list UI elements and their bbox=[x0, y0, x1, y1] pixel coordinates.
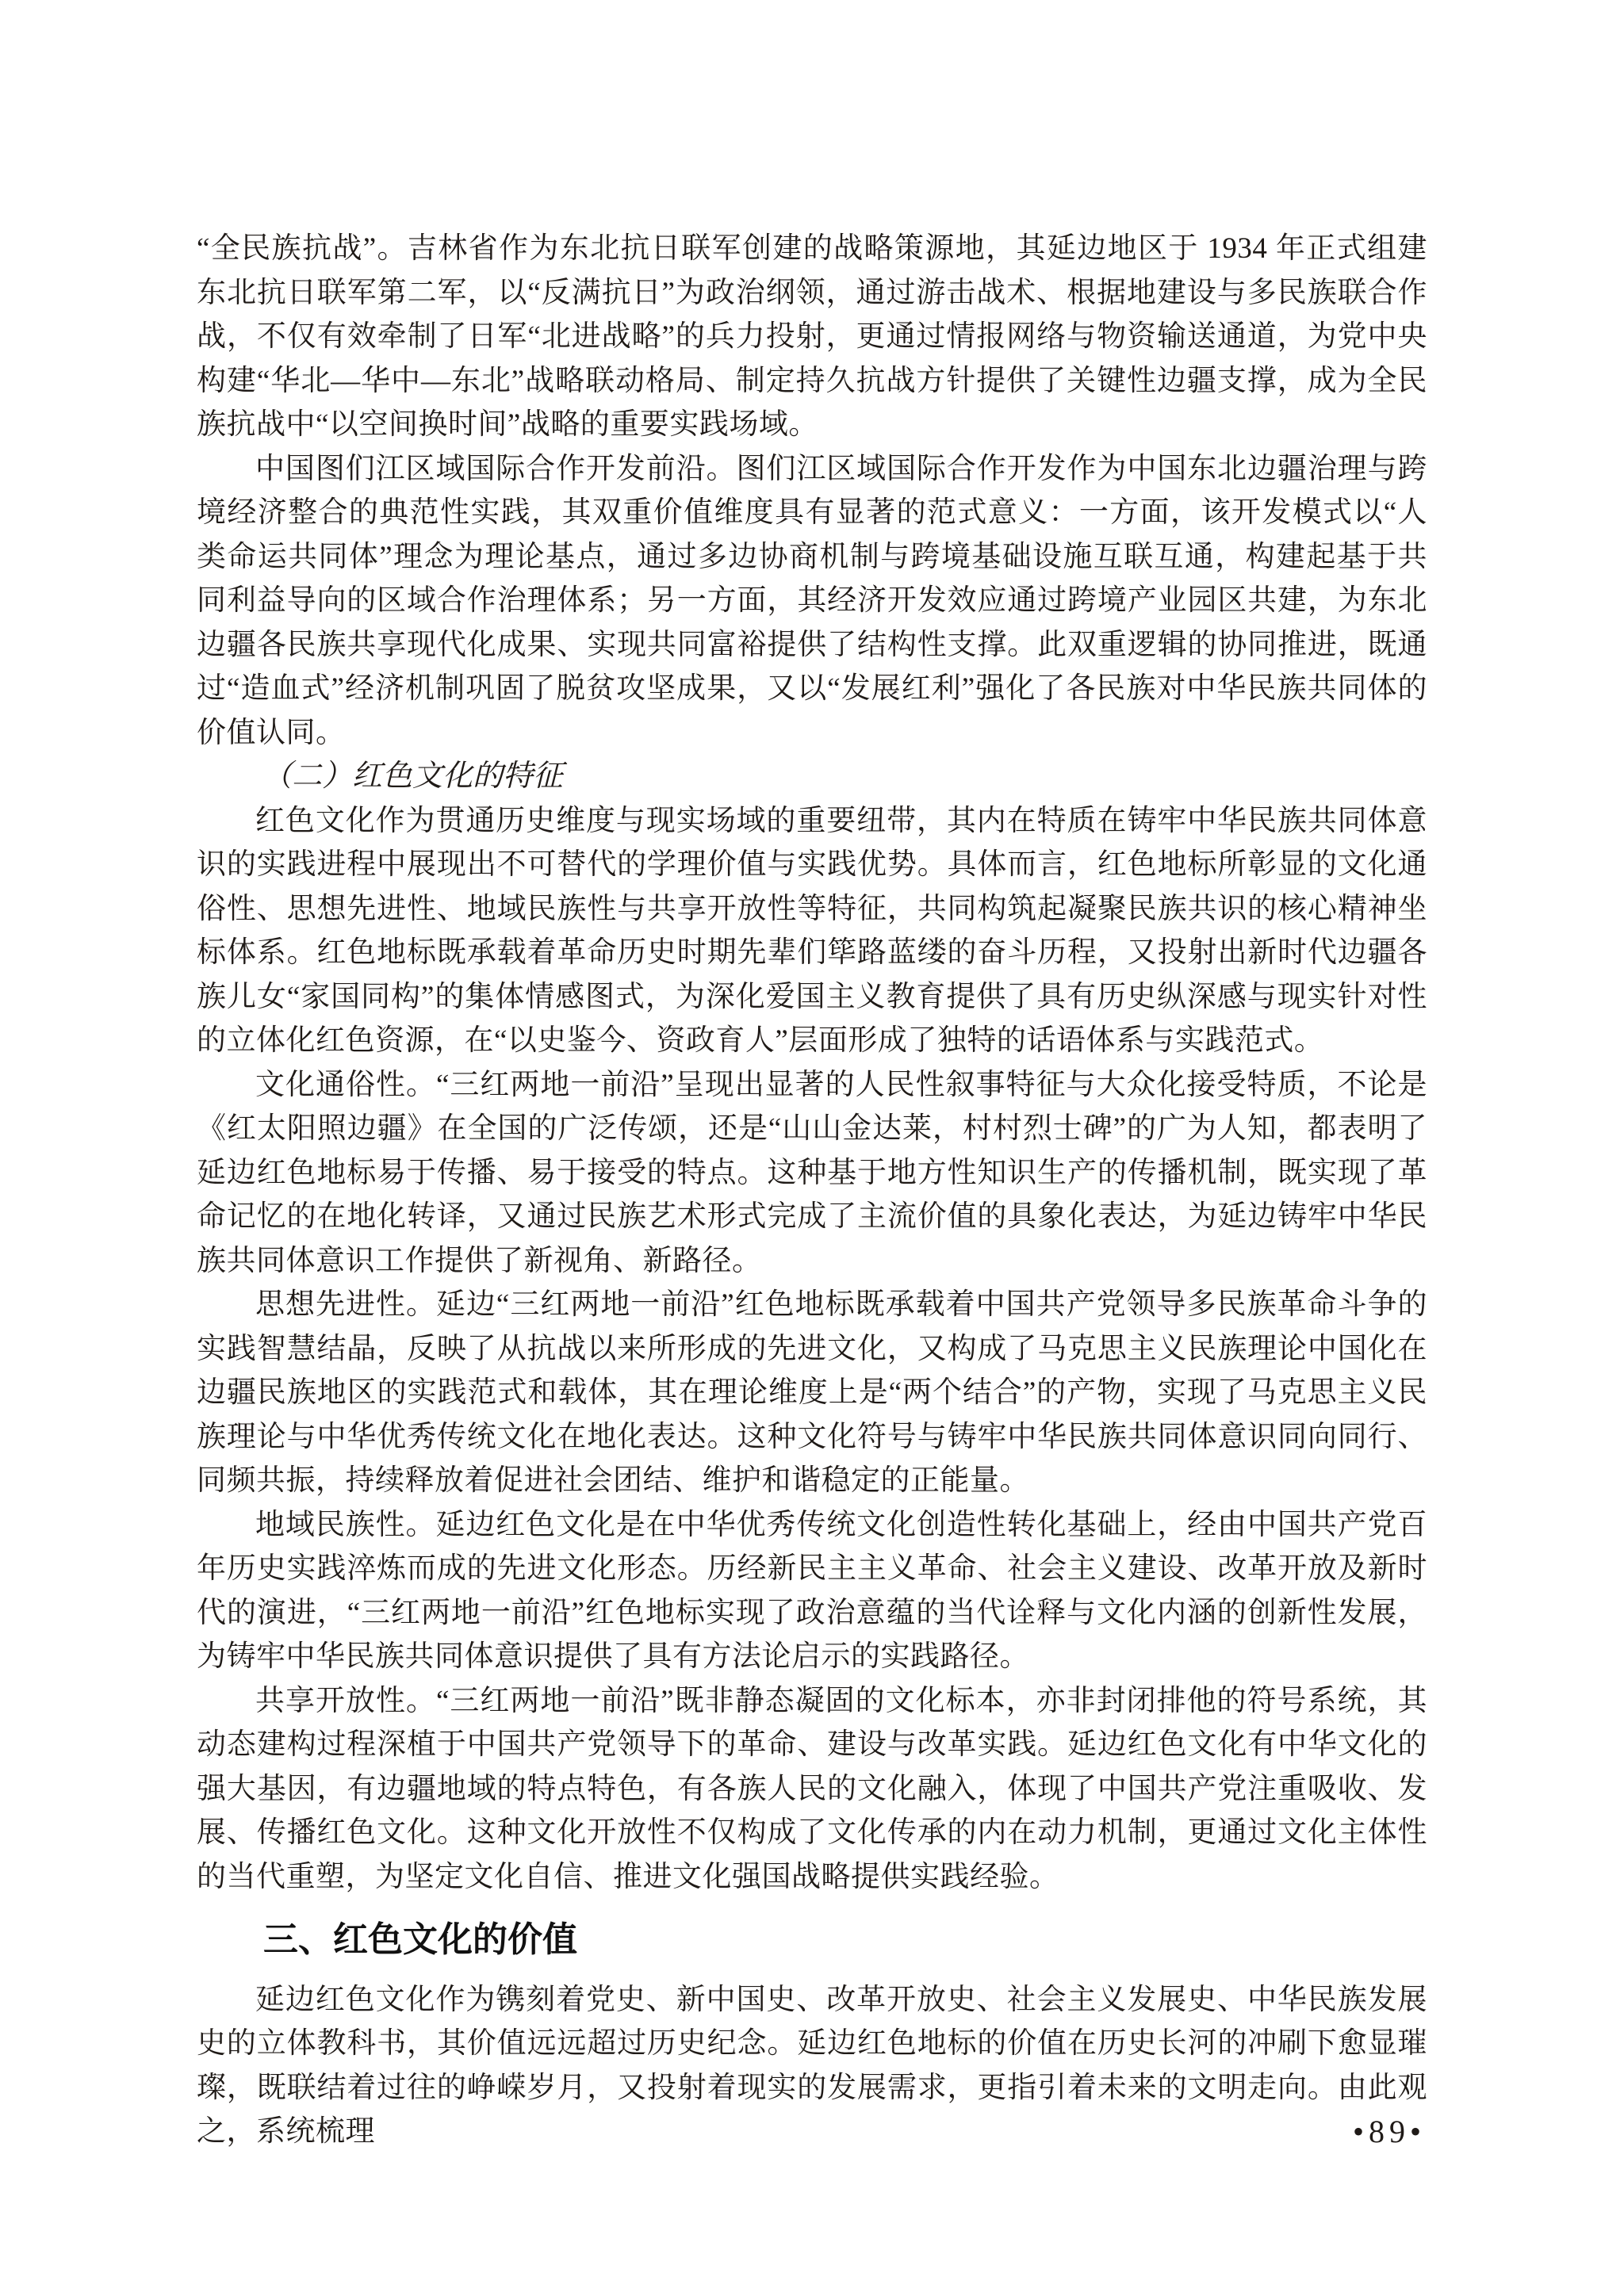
paragraph-shared-openness: 共享开放性。“三红两地一前沿”既非静态凝固的文化标本，亦非封闭排他的符号系统，其… bbox=[197, 1679, 1427, 1900]
paragraph-features-overview: 红色文化作为贯通历史维度与现实场域的重要纽带，其内在特质在铸牢中华民族共同体意识… bbox=[197, 799, 1427, 1063]
section-heading-red-culture-value: 三、红色文化的价值 bbox=[197, 1918, 1427, 1962]
document-page: “全民族抗战”。吉林省作为东北抗日联军创建的战略策源地，其延边地区于 1934 … bbox=[0, 0, 1624, 2296]
paragraph-regional-ethnicity: 地域民族性。延边红色文化是在中华优秀传统文化创造性转化基础上，经由中国共产党百年… bbox=[197, 1503, 1427, 1679]
page-number: •89• bbox=[1353, 2113, 1426, 2151]
subsection-heading-red-culture-features: （二）红色文化的特征 bbox=[197, 755, 1427, 799]
page-text-block: “全民族抗战”。吉林省作为东北抗日联军创建的战略策源地，其延边地区于 1934 … bbox=[197, 227, 1427, 2154]
paragraph-continuation-anti-japanese-war: “全民族抗战”。吉林省作为东北抗日联军创建的战略策源地，其延边地区于 1934 … bbox=[197, 227, 1427, 447]
paragraph-value-intro: 延边红色文化作为镌刻着党史、新中国史、改革开放史、社会主义发展史、中华民族发展史… bbox=[197, 1978, 1427, 2154]
paragraph-ideological-advancement: 思想先进性。延边“三红两地一前沿”红色地标既承载着中国共产党领导多民族革命斗争的… bbox=[197, 1283, 1427, 1503]
paragraph-tumen-river-cooperation: 中国图们江区域国际合作开发前沿。图们江区域国际合作开发作为中国东北边疆治理与跨境… bbox=[197, 447, 1427, 756]
paragraph-cultural-popularity: 文化通俗性。“三红两地一前沿”呈现出显著的人民性叙事特征与大众化接受特质，不论是… bbox=[197, 1063, 1427, 1284]
